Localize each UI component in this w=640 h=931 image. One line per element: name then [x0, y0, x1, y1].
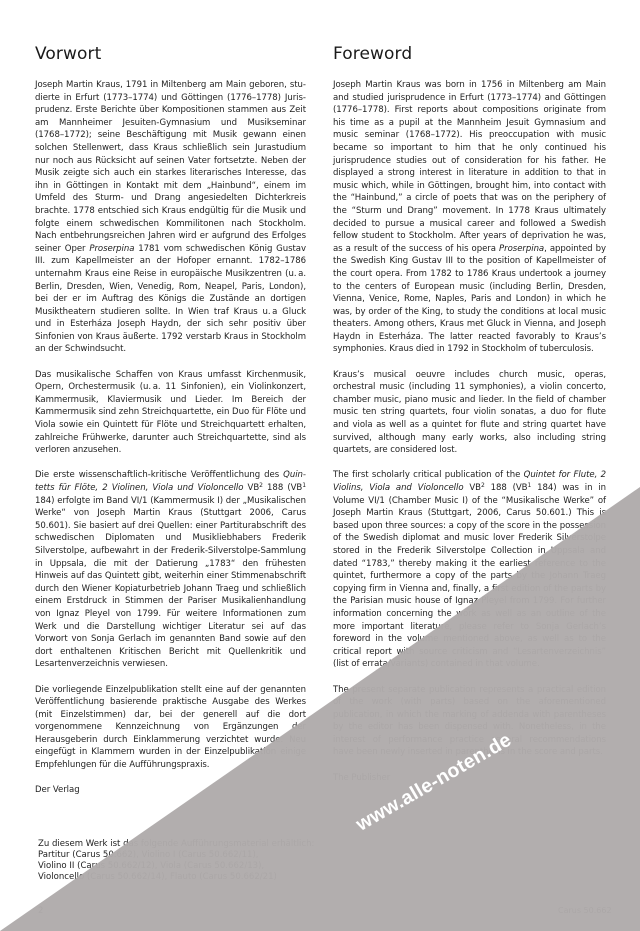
superscript: 2 [259, 482, 263, 489]
catalog-number: Carus 50.662 [558, 906, 612, 915]
superscript: 1 [528, 482, 532, 489]
german-body: Joseph Martin Kraus, 1791 in Miltenberg … [35, 79, 306, 809]
superscript: 2 [481, 482, 485, 489]
materials-line: Partitur (Carus 50.662), Violino I (Caru… [38, 850, 338, 861]
german-paragraph: Das musikalische Schaffen von Kraus umfa… [35, 369, 306, 457]
italic-title: Quin­tetts für Flöte, 2 Violinen, Viola … [35, 470, 306, 493]
superscript: 1 [302, 482, 306, 489]
performance-materials-list: Zu diesem Werk ist das folgende Aufführu… [38, 839, 338, 883]
german-title: Vorwort [35, 44, 101, 64]
materials-line: Violoncello (Carus 50.662/14), Flauto (C… [38, 872, 338, 883]
english-title: Foreword [333, 44, 412, 64]
italic-title: Proser­pina [499, 244, 544, 254]
materials-line: Zu diesem Werk ist das folgende Aufführu… [38, 839, 338, 850]
italic-title: Quintet for Flute, 2 Violins, Viola and … [333, 470, 606, 493]
italic-title: Proserpina [89, 244, 134, 254]
document-page: Vorwort Joseph Martin Kraus, 1791 in Mil… [0, 0, 640, 931]
materials-line: Violino II (Carus 50.662/12), Viola (Car… [38, 861, 338, 872]
english-paragraph: Kraus’s musical oeuvre includes church m… [333, 369, 606, 457]
english-signature: The Publisher [333, 772, 606, 785]
german-paragraph: Die erste wissenschaftlich-kritische Ver… [35, 469, 306, 671]
german-paragraph: Die vorliegende Einzelpublikation stellt… [35, 684, 306, 772]
english-paragraph: The first scholarly critical publication… [333, 469, 606, 671]
english-paragraph: The present separate publication represe… [333, 684, 606, 760]
english-body: Joseph Martin Kraus was born in 1756 in … [333, 79, 606, 797]
german-signature: Der Verlag [35, 784, 306, 797]
english-paragraph: Joseph Martin Kraus was born in 1756 in … [333, 79, 606, 356]
page-number: 2 [38, 906, 43, 916]
german-paragraph: Joseph Martin Kraus, 1791 in Miltenberg … [35, 79, 306, 356]
